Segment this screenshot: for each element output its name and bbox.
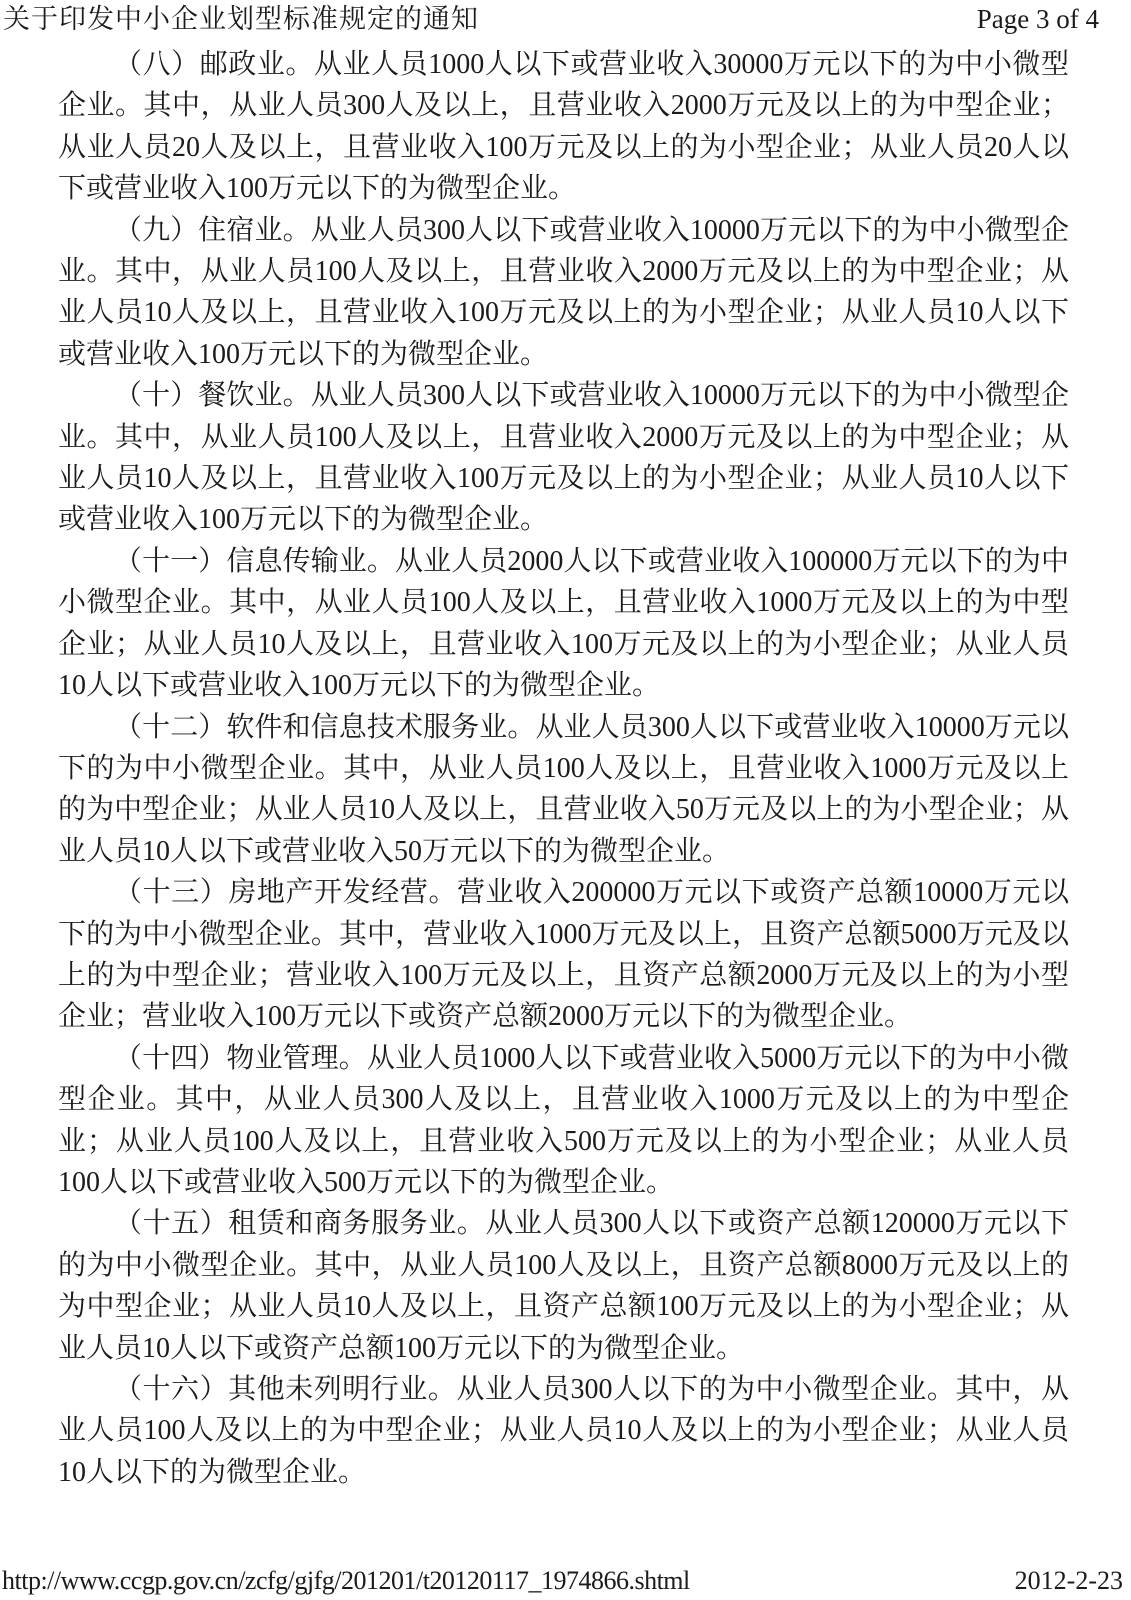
document-page: 关于印发中小企业划型标准规定的通知 Page 3 of 4 （八）邮政业。从业人…	[0, 0, 1131, 1600]
page-header: 关于印发中小企业划型标准规定的通知 Page 3 of 4	[3, 3, 1099, 35]
footer-source-url: http://www.ccgp.gov.cn/zcfg/gjfg/201201/…	[2, 1566, 690, 1596]
body-paragraph-8: （十五）租赁和商务服务业。从业人员300人以下或资产总额120000万元以下的为…	[58, 1203, 1069, 1369]
body-paragraph-4: （十一）信息传输业。从业人员2000人以下或营业收入100000万元以下的为中小…	[58, 541, 1069, 707]
header-page-number: Page 3 of 4	[977, 3, 1099, 35]
document-body: （八）邮政业。从业人员1000人以下或营业收入30000万元以下的为中小微型企业…	[58, 44, 1069, 1493]
footer-print-date: 2012-2-23	[1015, 1566, 1123, 1596]
page-footer: http://www.ccgp.gov.cn/zcfg/gjfg/201201/…	[2, 1566, 1123, 1596]
body-paragraph-6: （十三）房地产开发经营。营业收入200000万元以下或资产总额10000万元以下…	[58, 872, 1069, 1038]
body-paragraph-3: （十）餐饮业。从业人员300人以下或营业收入10000万元以下的为中小微型企业。…	[58, 375, 1069, 541]
body-paragraph-9: （十六）其他未列明行业。从业人员300人以下的为中小微型企业。其中，从业人员10…	[58, 1369, 1069, 1493]
body-paragraph-1: （八）邮政业。从业人员1000人以下或营业收入30000万元以下的为中小微型企业…	[58, 44, 1069, 210]
body-paragraph-5: （十二）软件和信息技术服务业。从业人员300人以下或营业收入10000万元以下的…	[58, 707, 1069, 873]
body-paragraph-7: （十四）物业管理。从业人员1000人以下或营业收入5000万元以下的为中小微型企…	[58, 1038, 1069, 1204]
header-document-title: 关于印发中小企业划型标准规定的通知	[3, 3, 479, 35]
body-paragraph-2: （九）住宿业。从业人员300人以下或营业收入10000万元以下的为中小微型企业。…	[58, 210, 1069, 376]
